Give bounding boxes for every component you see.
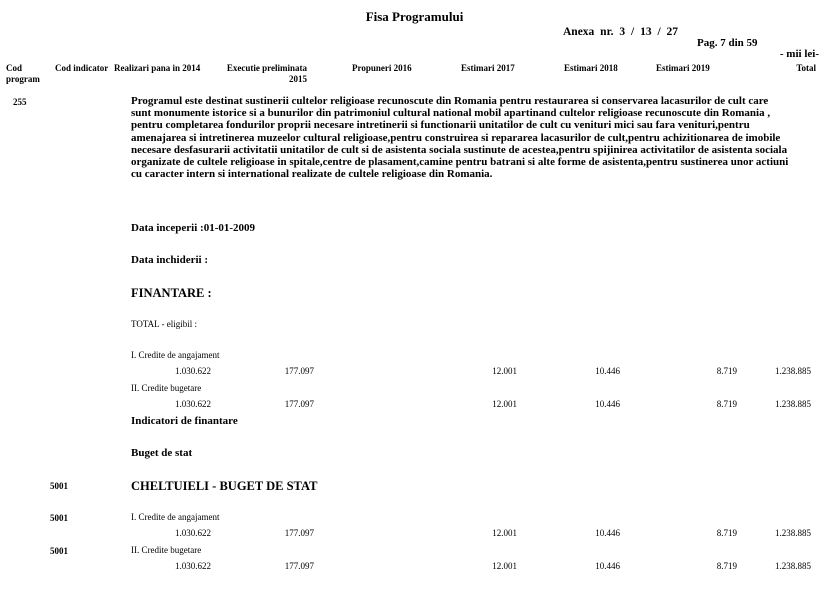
- indicatori-row-value: 177.097: [285, 528, 314, 538]
- col-cod-program-line1: Cod: [6, 63, 40, 74]
- finantare-row-value: 177.097: [285, 399, 314, 409]
- indicatori-row-code: 5001: [50, 513, 68, 523]
- indicatori-row-label: I. Credite de angajament: [131, 512, 219, 522]
- indicatori-row-value: 10.446: [595, 528, 620, 538]
- unit-label: - mii lei-: [780, 48, 819, 60]
- cheltuieli-code: 5001: [50, 481, 68, 491]
- finantare-row-value: 1.030.622: [175, 366, 211, 376]
- col-propuneri: Propuneri 2016: [352, 63, 412, 74]
- finantare-row-label: II. Credite bugetare: [131, 383, 201, 393]
- indicatori-row-value: 12.001: [492, 561, 517, 571]
- indicatori-row-value: 8.719: [717, 561, 737, 571]
- col-estimari-2018: Estimari 2018: [564, 63, 618, 74]
- finantare-row-value: 10.446: [595, 399, 620, 409]
- buget-de-stat-label: Buget de stat: [131, 447, 192, 459]
- indicatori-row-value: 1.030.622: [175, 528, 211, 538]
- indicatori-row-value: 10.446: [595, 561, 620, 571]
- col-executie-line2: 2015: [220, 74, 307, 85]
- program-description: Programul este destinat sustinerii culte…: [131, 95, 791, 180]
- page-title: Fisa Programului: [0, 9, 829, 25]
- program-code: 255: [13, 97, 27, 107]
- total-eligibil-label: TOTAL - eligibil :: [131, 319, 197, 329]
- col-estimari-2017: Estimari 2017: [461, 63, 515, 74]
- col-executie-line1: Executie preliminata: [220, 63, 307, 74]
- finantare-row-value: 12.001: [492, 399, 517, 409]
- finantare-row-value: 8.719: [717, 366, 737, 376]
- page-number: Pag. 7 din 59: [697, 37, 758, 49]
- col-total: Total: [796, 63, 816, 74]
- col-cod-indicator: Cod indicator: [55, 63, 108, 74]
- indicatori-row-value: 8.719: [717, 528, 737, 538]
- col-cod-program-line2: program: [6, 74, 40, 85]
- finantare-row-value: 1.238.885: [775, 366, 811, 376]
- finantare-row-value: 1.030.622: [175, 399, 211, 409]
- indicatori-row-value: 1.030.622: [175, 561, 211, 571]
- finantare-heading: FINANTARE :: [131, 286, 212, 301]
- indicatori-heading: Indicatori de finantare: [131, 415, 238, 427]
- finantare-row-label: I. Credite de angajament: [131, 350, 219, 360]
- col-cod-program: Cod program: [6, 63, 40, 85]
- start-date: Data inceperii :01-01-2009: [131, 222, 255, 234]
- anexa-number: Anexa nr. 3 / 13 / 27: [563, 26, 678, 38]
- finantare-row-value: 8.719: [717, 399, 737, 409]
- col-realizari: Realizari pana in 2014: [114, 63, 200, 74]
- indicatori-row-value: 177.097: [285, 561, 314, 571]
- finantare-row-value: 177.097: [285, 366, 314, 376]
- finantare-row-value: 1.238.885: [775, 399, 811, 409]
- indicatori-row-value: 1.238.885: [775, 528, 811, 538]
- finantare-row-value: 12.001: [492, 366, 517, 376]
- col-executie: Executie preliminata 2015: [220, 63, 307, 85]
- indicatori-row-value: 1.238.885: [775, 561, 811, 571]
- col-estimari-2019: Estimari 2019: [656, 63, 710, 74]
- finantare-row-value: 10.446: [595, 366, 620, 376]
- indicatori-row-label: II. Credite bugetare: [131, 545, 201, 555]
- indicatori-row-code: 5001: [50, 546, 68, 556]
- indicatori-row-value: 12.001: [492, 528, 517, 538]
- cheltuieli-heading: CHELTUIELI - BUGET DE STAT: [131, 479, 317, 494]
- end-date: Data inchiderii :: [131, 254, 208, 266]
